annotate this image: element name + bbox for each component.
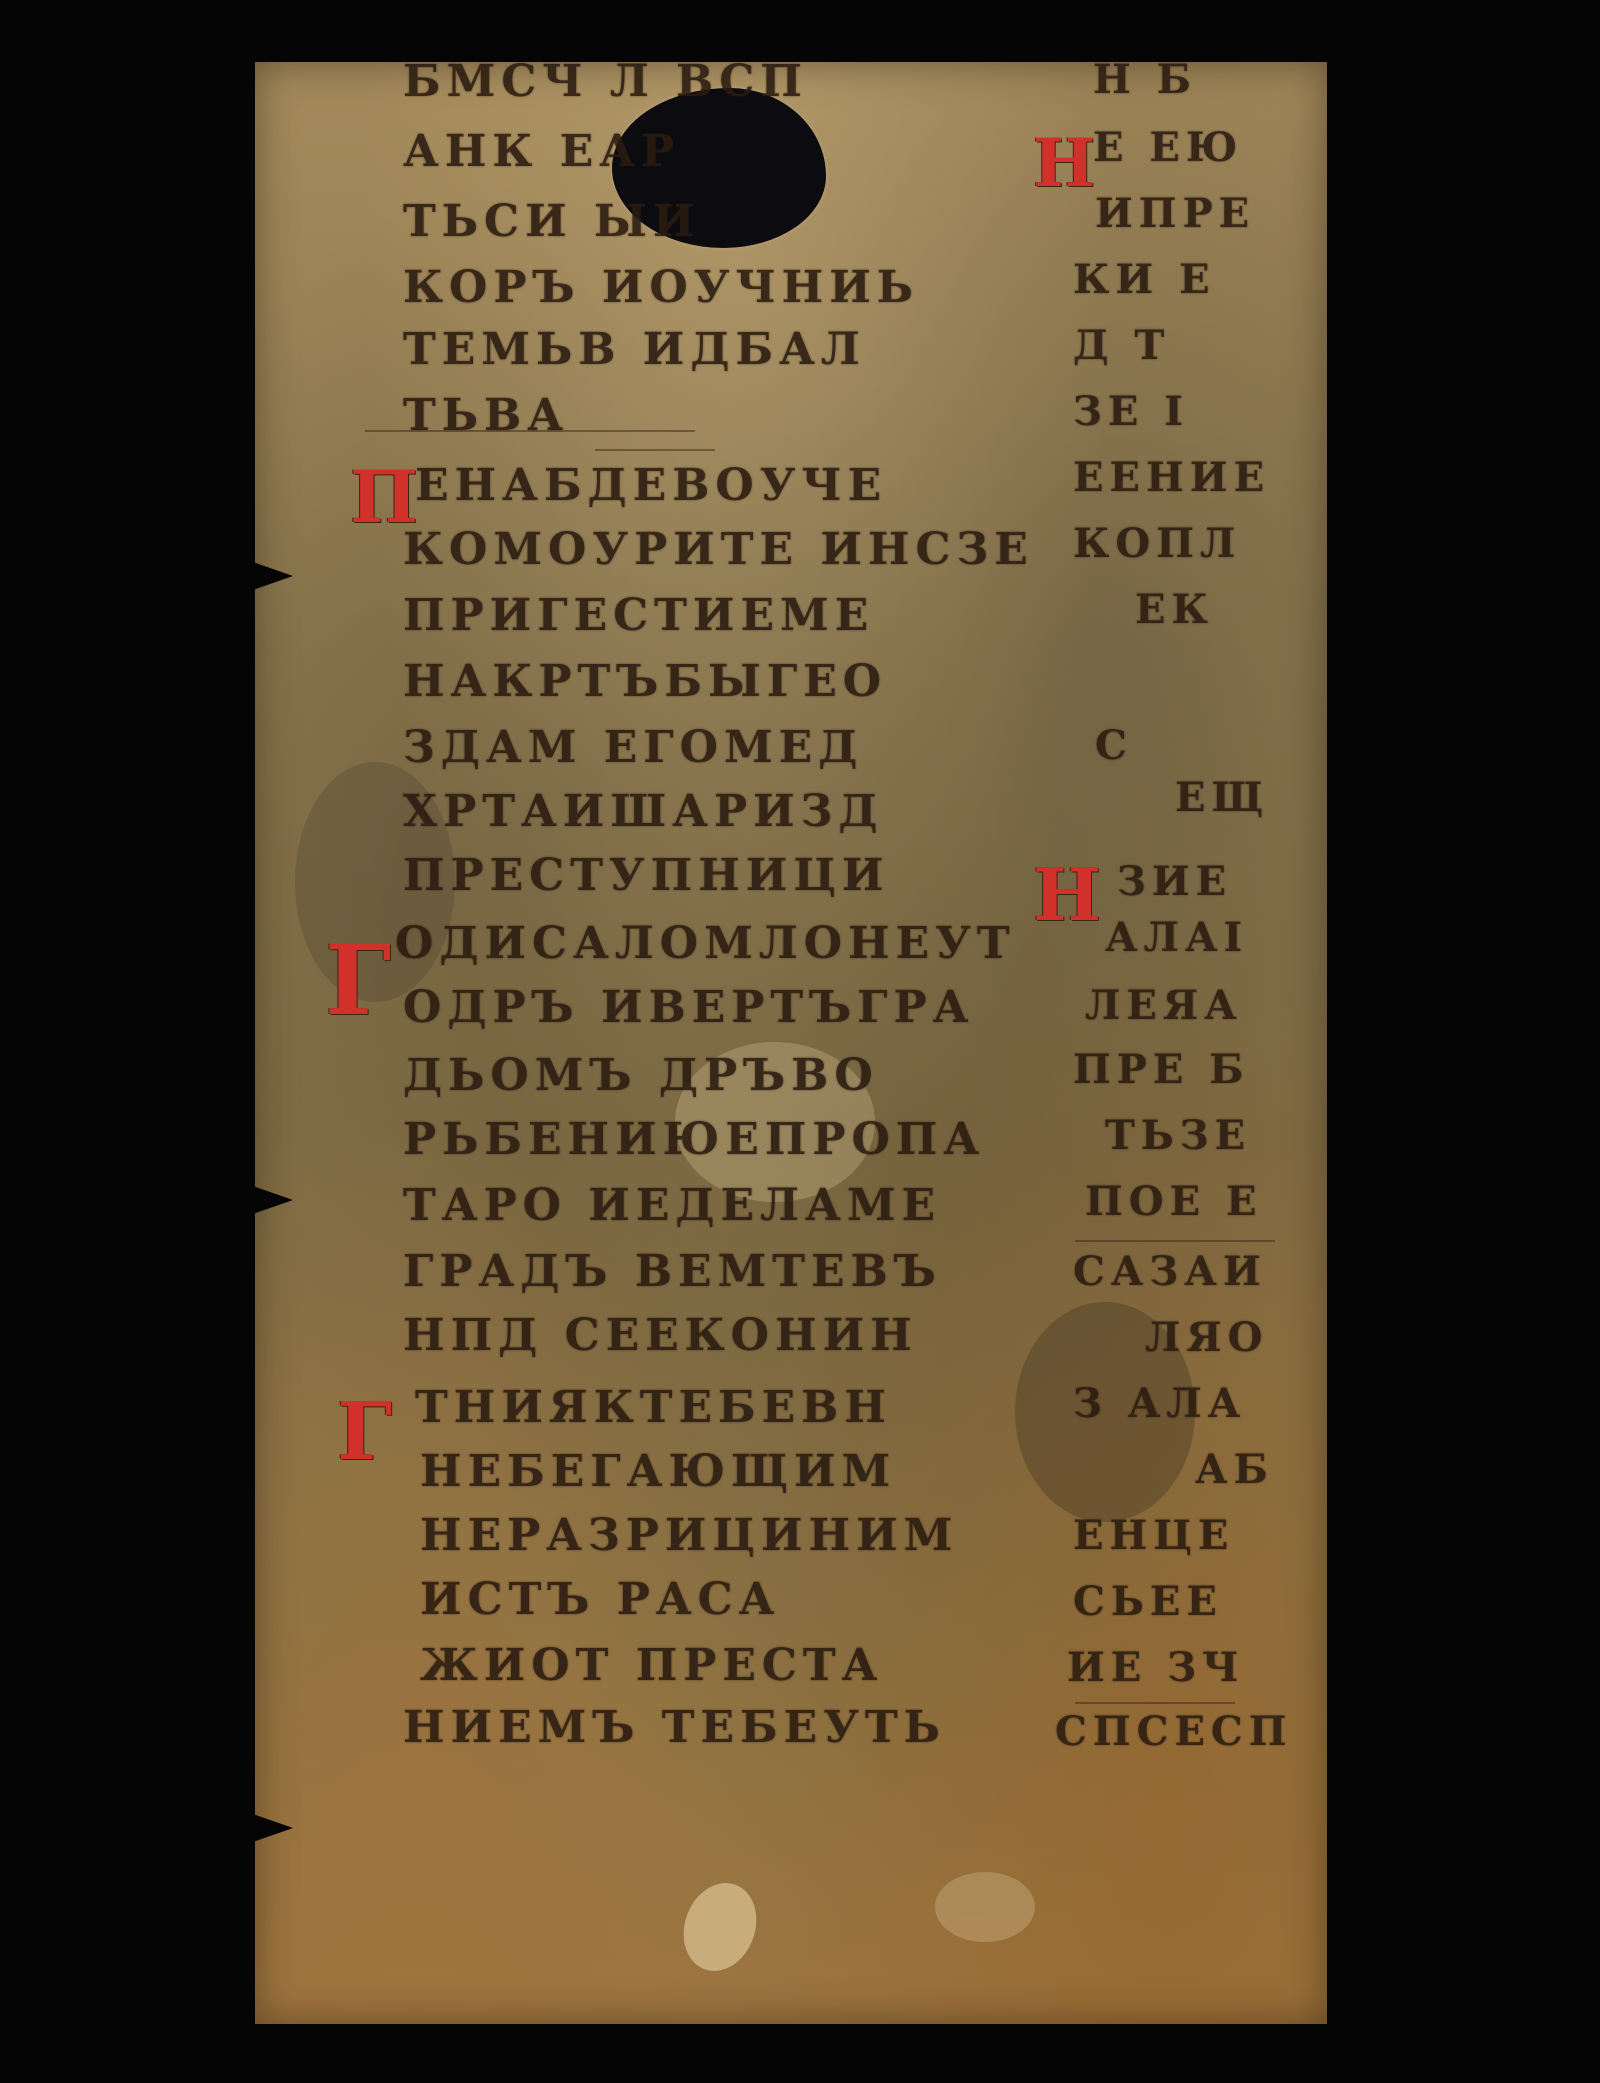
text-line: СЬЕЕ (1073, 1578, 1223, 1625)
text-line: ЖИОТ ПРЕСТА (420, 1640, 883, 1691)
text-line: ПРЕСТУПНИЦИ (403, 850, 889, 901)
text-line: САЗАИ (1073, 1248, 1267, 1295)
text-line: ПРИГЕСТИЕМЕ (403, 590, 874, 641)
edge-notch (253, 1814, 293, 1842)
text-line: ЛЕЯА (1085, 982, 1243, 1029)
text-line: АЛАІ (1105, 914, 1248, 961)
text-line: ОДРЪ ИВЕРТЪГРА (403, 982, 974, 1033)
edge-notch (253, 1186, 293, 1214)
text-line: ЕК (1135, 586, 1214, 633)
text-line: НЕРАЗРИЦИНИМ (420, 1510, 958, 1561)
text-line: ТЬВА (403, 390, 569, 441)
rubric-initial: Н (1033, 852, 1101, 937)
light-patch (672, 1873, 769, 1982)
text-line: ТЕМЬВ ИДБАЛ (403, 324, 866, 375)
text-line: ИСТЪ РАСА (420, 1574, 781, 1625)
text-line: ЕНЦЕ (1073, 1512, 1234, 1559)
text-line: ЗДАМ ЕГОМЕД (403, 722, 863, 773)
text-line: Е ЕЮ (1093, 124, 1243, 171)
text-line: СПСЕСП (1055, 1708, 1293, 1755)
text-line: ЗЕ І (1073, 388, 1189, 435)
ruling-line (595, 449, 715, 451)
text-line: АНК ЕАР (403, 126, 680, 177)
text-line: С (1095, 722, 1133, 769)
ruling-line (1075, 1702, 1235, 1704)
text-line: ТНИЯКТЕБЕВН (415, 1382, 892, 1433)
text-line: КОПЛ (1073, 520, 1241, 567)
text-line: ЕЕНИЕ (1073, 454, 1270, 501)
rubric-initial: Г (325, 924, 391, 1037)
text-line: НПД СЕЕКОНИН (403, 1310, 918, 1361)
text-line: ТЬЗЕ (1105, 1112, 1251, 1159)
rubric-initial: Н (1033, 124, 1095, 202)
edge-notch (253, 562, 293, 590)
text-line: ДЬОМЪ ДРЪВО (403, 1050, 879, 1101)
text-line: ИЕ ЗЧ (1067, 1644, 1245, 1691)
text-line: З АЛА (1073, 1380, 1246, 1427)
text-line: НИЕМЪ ТЕБЕУТЬ (403, 1702, 946, 1753)
text-line: ОДИСАЛОМЛОНЕУТ (395, 918, 1016, 969)
text-line: РЬБЕНИЮЕПРОПА (403, 1114, 985, 1165)
rubric-initial: Г (337, 1384, 392, 1478)
text-line: НЕБЕГАЮЩИМ (420, 1446, 896, 1497)
parchment-leaf: БМСЧ Л ВСП АНК ЕАР ТЬСИ ЫИ КОРЪ ИОУЧНИЬ … (255, 62, 1327, 2024)
text-line: ЛЯО (1145, 1314, 1269, 1361)
ruling-line (1075, 1240, 1275, 1242)
text-line: Д Т (1073, 322, 1170, 369)
text-line: ТАРО ИЕДЕЛАМЕ (403, 1180, 941, 1231)
light-patch (935, 1872, 1035, 1942)
text-line: ГРАДЪ ВЕМТЕВЪ (403, 1246, 942, 1297)
text-line: ПОЕ Е (1085, 1178, 1263, 1225)
text-line: ТЬСИ ЫИ (403, 196, 700, 247)
text-line: ПРЕ Б (1073, 1046, 1249, 1093)
text-line: Н Б (1093, 56, 1197, 103)
text-line: ЕЩ (1175, 774, 1269, 821)
text-line: ЗИЕ (1117, 858, 1232, 905)
text-line: ЕНАБДЕВОУЧЕ (415, 460, 887, 511)
text-line: КОРЪ ИОУЧНИЬ (403, 262, 919, 313)
text-line: ХРТАИШАРИЗД (403, 786, 884, 837)
text-line: АБ (1195, 1446, 1274, 1493)
text-line: КОМОУРИТЕ ИНСЗЕ (403, 524, 1034, 575)
text-line: НАКРТЪБЫГЕО (403, 656, 887, 707)
text-line: ИПРЕ (1095, 190, 1255, 237)
text-line: БМСЧ Л ВСП (403, 56, 808, 107)
text-line: КИ Е (1073, 256, 1216, 303)
